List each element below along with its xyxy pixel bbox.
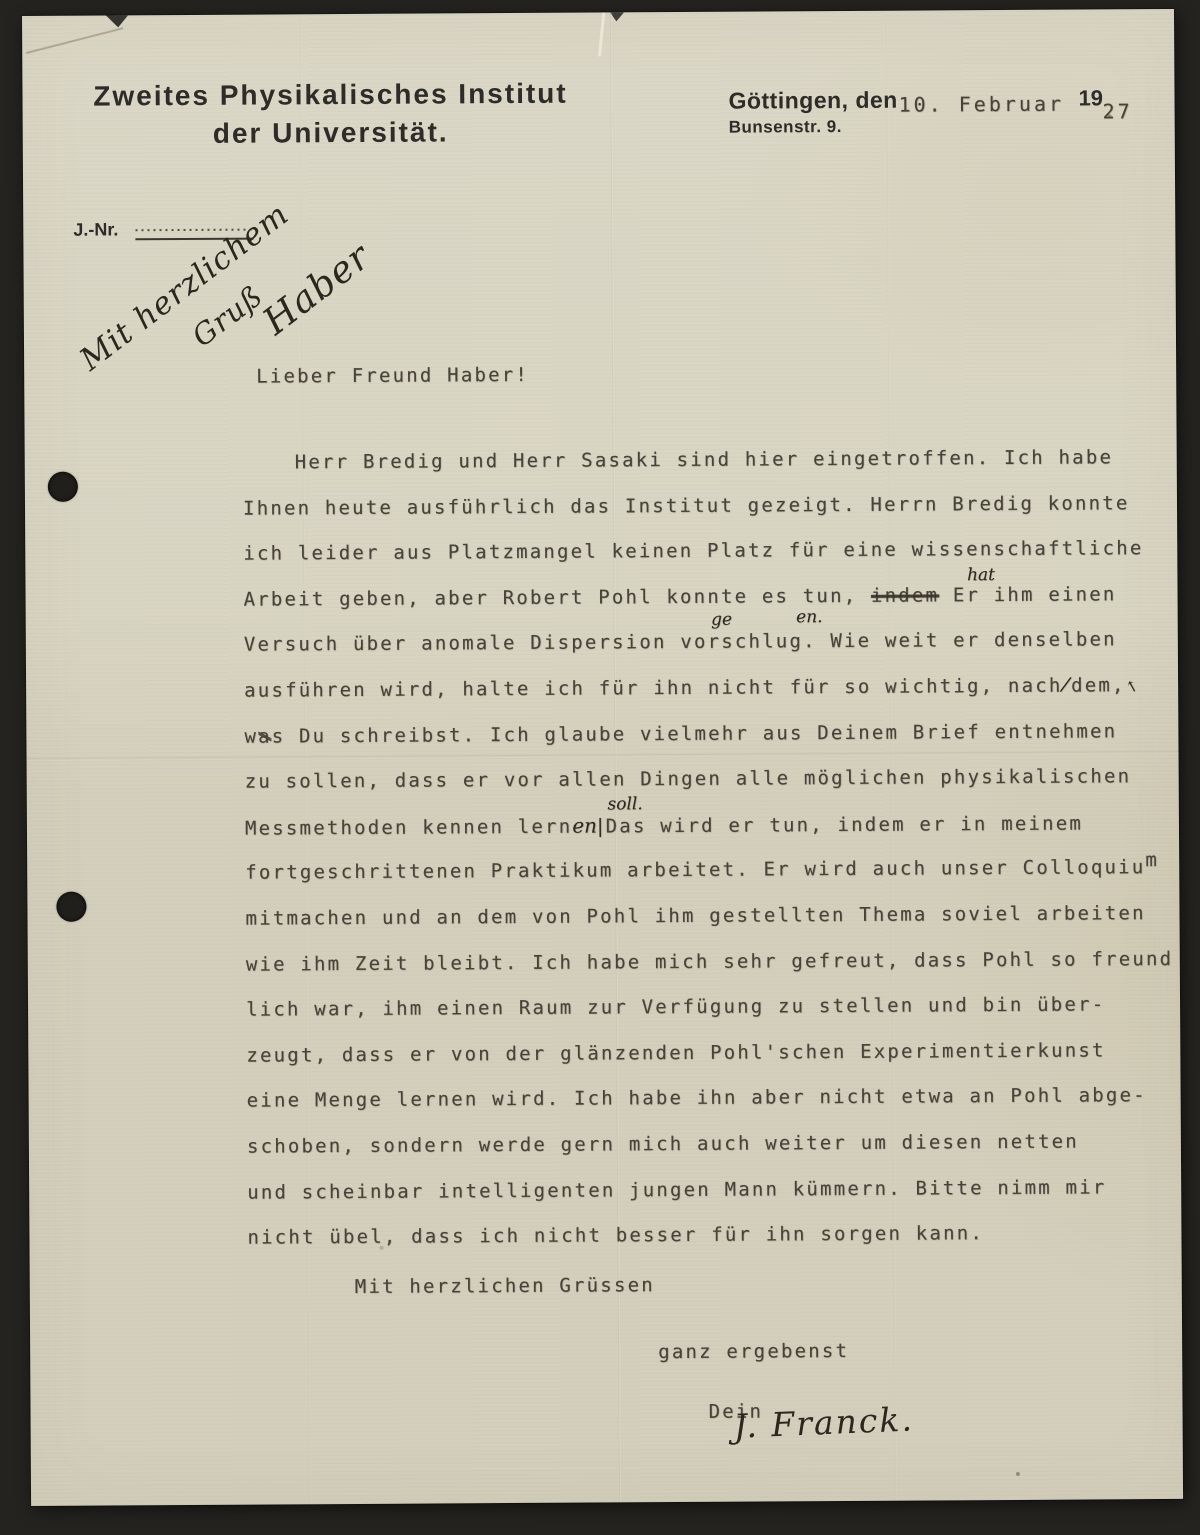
- body-line: mitmachen und an dem von Pohl ihm gestel…: [245, 891, 1180, 942]
- body-text: Wie weit er denselben: [817, 629, 1117, 653]
- institute-name-line2: der Universität.: [89, 113, 573, 154]
- typed-date: 10. Februar: [898, 92, 1064, 117]
- body-line: ich leider aus Platzmangel keinen Platz …: [243, 526, 1178, 577]
- closing-valediction: ganz ergebenst: [658, 1329, 849, 1376]
- overtyped-letter: a: [258, 725, 272, 747]
- body-line: und scheinbar intelligenten jungen Mann …: [247, 1164, 1182, 1215]
- body-line: lich war, ihm einen Raum zur Verfügung z…: [246, 982, 1181, 1033]
- body-line-with-corrections: Versuch über anomale Dispersion vorgesch…: [244, 617, 1179, 668]
- handwritten-correction-en: en: [572, 813, 597, 837]
- body-line: Ihnen heute ausführlich das Institut gez…: [243, 481, 1178, 532]
- handwritten-insert-ge: ge: [711, 612, 732, 629]
- body-text: s Du schreibst. Ich glaube vielmehr aus …: [272, 720, 1118, 747]
- body-text: schlug.: [721, 631, 817, 654]
- body-text: Versuch über anomale Dispersion vor: [244, 631, 722, 656]
- street-address: Bunsenstr. 9.: [729, 117, 842, 138]
- body-line: zu sollen, dass er vor allen Dingen alle…: [245, 754, 1180, 805]
- letterhead-institute: Zweites Physikalisches Institut der Univ…: [88, 75, 572, 154]
- letter-body: Herr Bredig und Herr Sasaki sind hier ei…: [243, 435, 1183, 1261]
- body-text: Arbeit geben, aber Robert Pohl konnte es…: [244, 585, 872, 611]
- corrected-segment: geschlug.en.: [721, 620, 817, 666]
- salutation: Lieber Freund Haber!: [256, 353, 529, 400]
- body-text: w: [244, 725, 258, 747]
- corrected-segment: Er hat: [939, 573, 994, 619]
- handwritten-insert-soll: soll.: [607, 796, 642, 813]
- journal-number-label: J.-Nr.: [73, 219, 118, 239]
- body-line: schoben, sondern werde gern mich auch we…: [247, 1119, 1182, 1170]
- institute-name-line1: Zweites Physikalisches Institut: [88, 75, 572, 116]
- haber-annotation-signature: Haber: [255, 235, 379, 344]
- body-text: Er: [939, 584, 994, 606]
- handwritten-insert-en: en.: [796, 609, 823, 626]
- typed-year-suffix: 27: [1103, 99, 1133, 123]
- insertion-bar: |: [597, 815, 606, 837]
- body-line-with-corrections: fortgeschrittenen Praktikum arbeitet. Er…: [245, 845, 1180, 896]
- strikethrough-word: indem: [871, 584, 939, 606]
- body-text: dem,: [1071, 674, 1126, 696]
- handwritten-correction-hat: hat: [967, 567, 995, 584]
- paper-tear: [598, 12, 605, 56]
- body-line-with-corrections: was Du schreibst. Ich glaube vielmehr au…: [244, 709, 1179, 760]
- body-line: wie ihm Zeit bleibt. Ich habe mich sehr …: [246, 936, 1181, 987]
- franck-signature: J. Franck.: [733, 1399, 915, 1446]
- punch-hole-top: [48, 472, 78, 502]
- body-line: nicht übel, dass ich nicht besser für ih…: [247, 1210, 1182, 1261]
- paper-speck: [1016, 1472, 1020, 1476]
- body-line: eine Menge lernen wird. Ich habe ihn abe…: [246, 1073, 1181, 1124]
- closing-greeting: Mit herzlichen Grüssen: [355, 1263, 655, 1310]
- letterhead-city: Göttingen, den: [728, 87, 897, 114]
- body-line: Herr Bredig und Herr Sasaki sind hier ei…: [243, 435, 1178, 486]
- scan-background: { "letterhead": { "institute_line1": "Zw…: [0, 0, 1200, 1535]
- body-line: zeugt, dass er von der glänzenden Pohl's…: [246, 1028, 1181, 1079]
- corner-fold-crease: [26, 27, 123, 54]
- body-text: ausführen wird, halte ich für ihn nicht …: [244, 675, 1062, 702]
- corrected-segment: soll.Das wird er tun, indem er in meinem: [605, 801, 1083, 850]
- printed-year-prefix: 19: [1078, 85, 1103, 111]
- body-line-with-corrections: Messmethoden kennen lernen|soll.Das wird…: [245, 800, 1180, 851]
- body-line-with-corrections: ausführen wird, halte ich für ihn nicht …: [244, 663, 1179, 714]
- body-text: fortgeschrittenen Praktikum arbeitet. Er…: [245, 856, 1145, 883]
- body-text: Das wird er tun, indem er in meinem: [606, 812, 1084, 837]
- body-text: ihm einen: [994, 583, 1117, 606]
- body-text: Messmethoden kennen lern: [245, 815, 572, 839]
- punch-hole-bottom: [56, 892, 86, 922]
- paper-notch: [106, 15, 128, 27]
- raised-letter: m: [1145, 849, 1159, 871]
- letter-paper: Zweites Physikalisches Institut der Univ…: [22, 9, 1183, 1506]
